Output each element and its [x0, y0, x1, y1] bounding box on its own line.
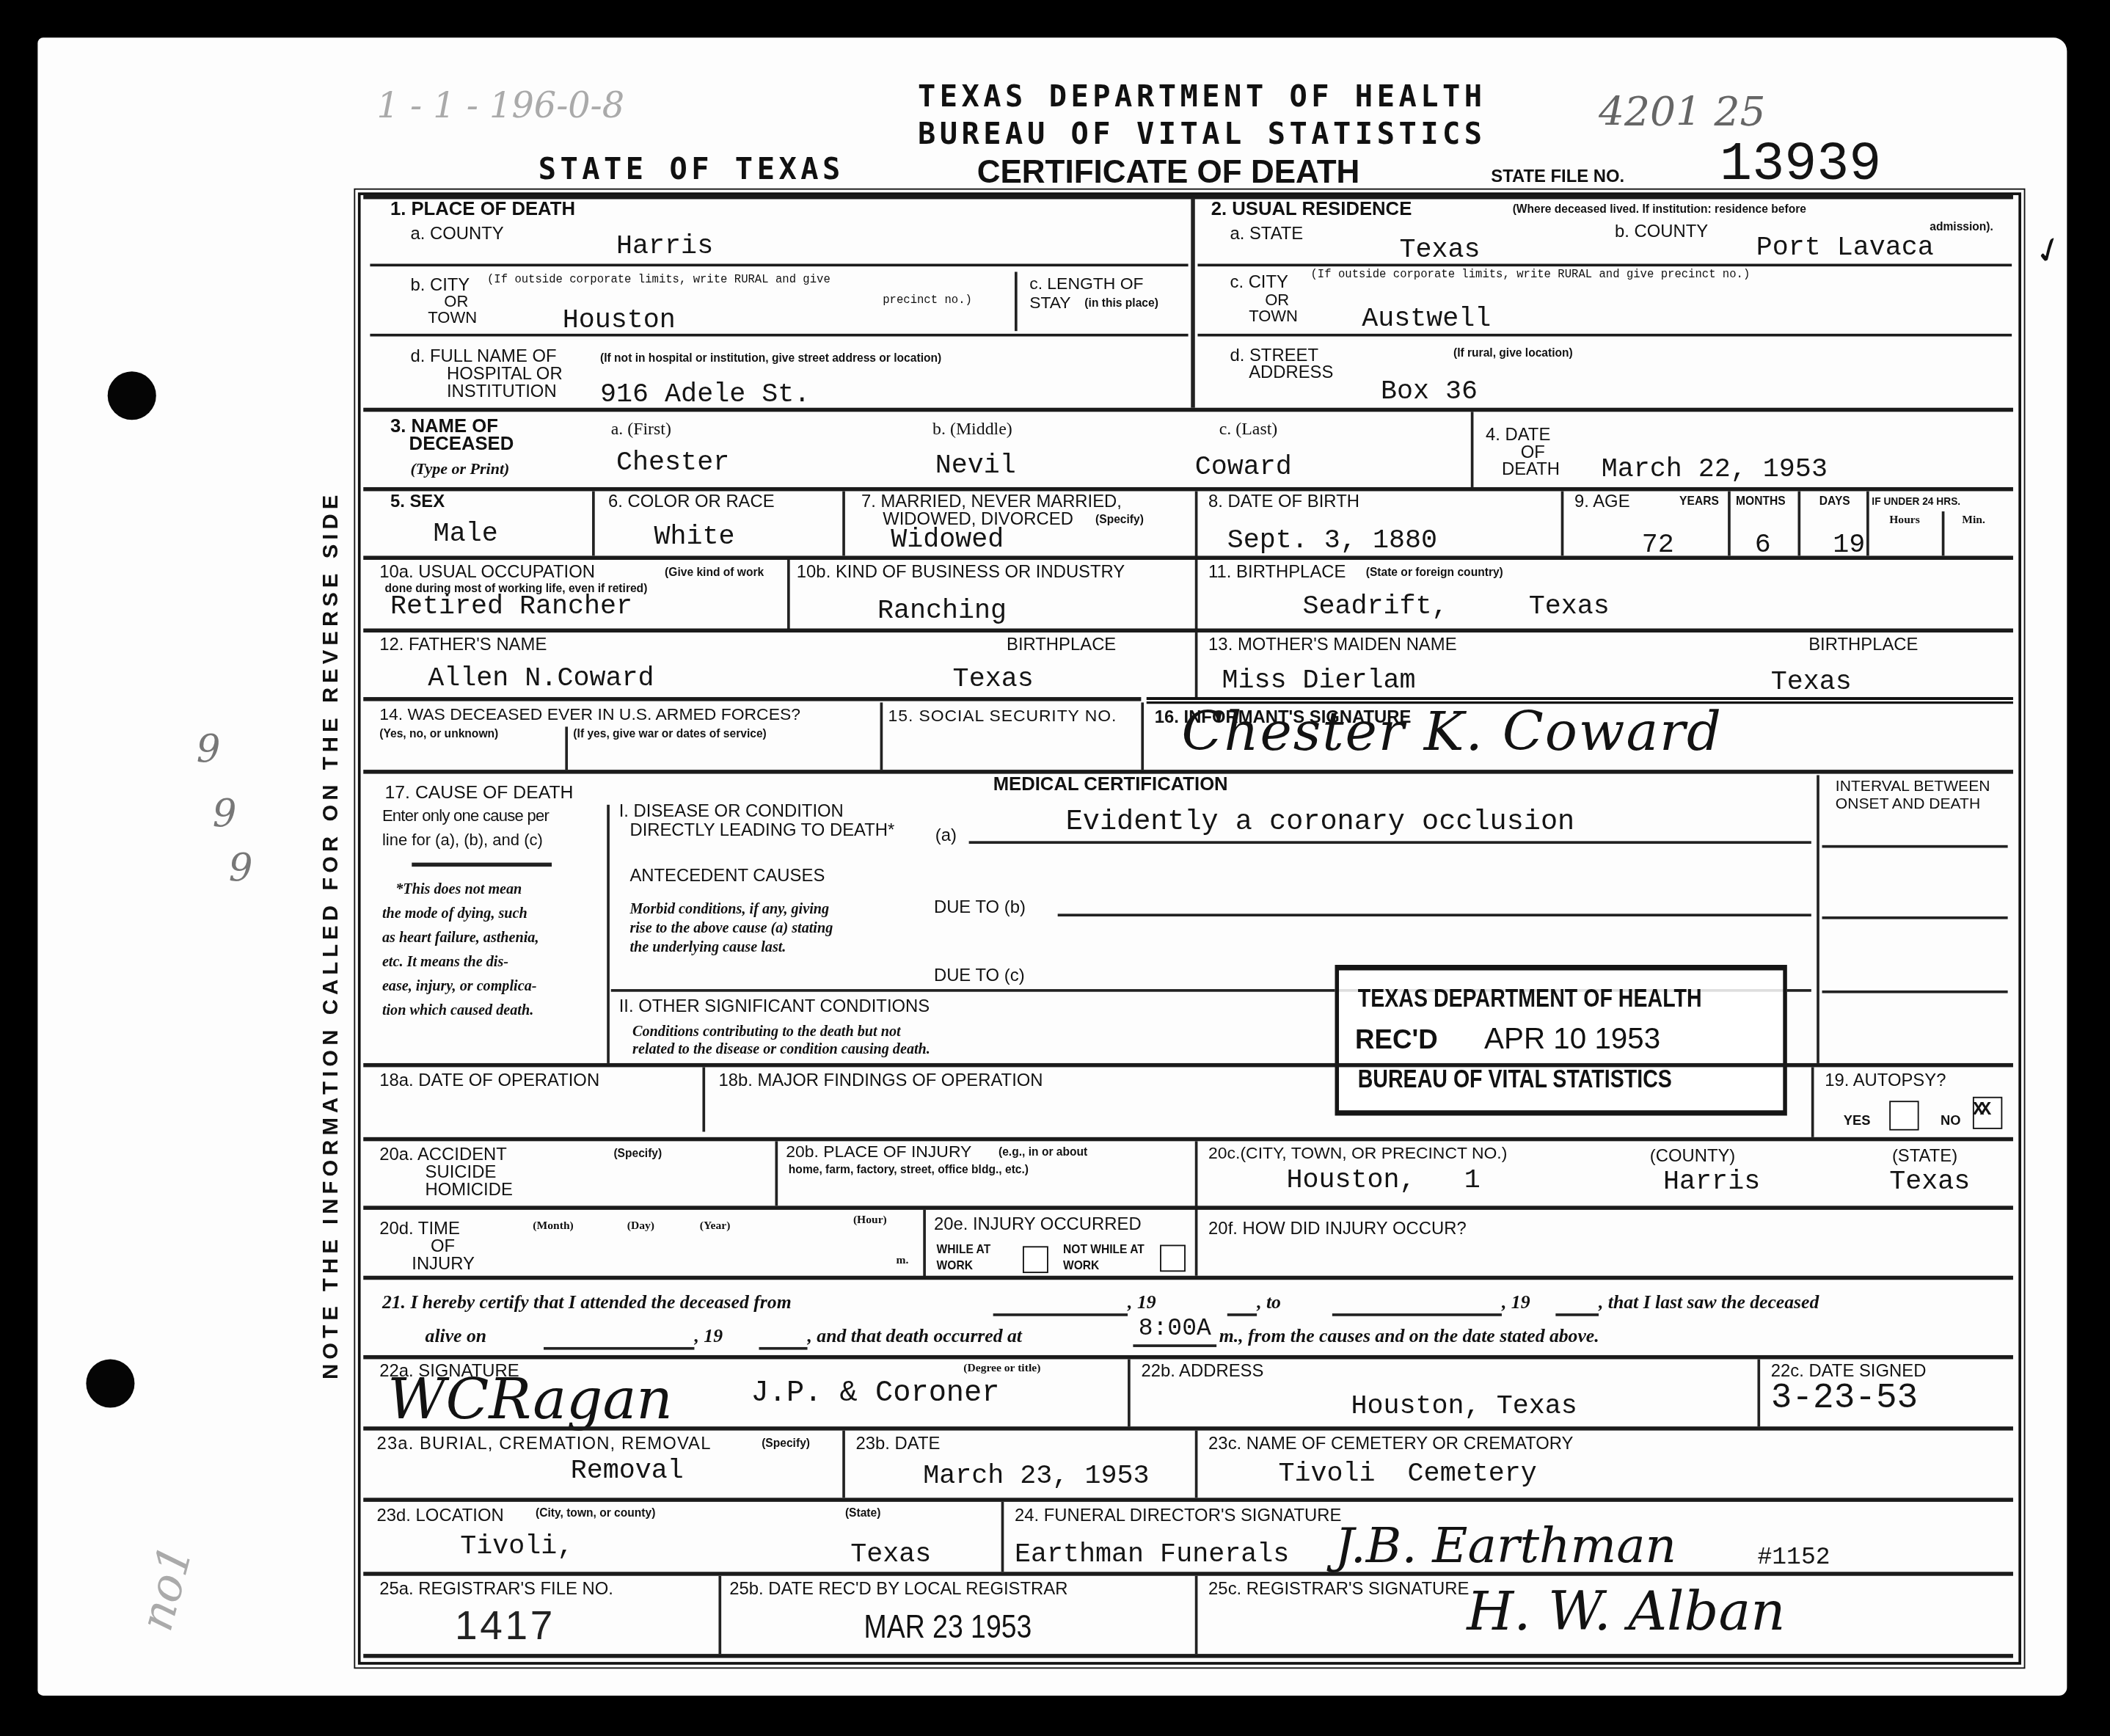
years-label: YEARS: [1679, 495, 1719, 508]
time-of-injury-label: 20d. TIME: [379, 1219, 460, 1237]
street-label: d. STREET: [1230, 346, 1318, 363]
time-of-injury-label-3: INJURY: [412, 1254, 475, 1272]
type-or-print-label: (Type or Print): [410, 460, 509, 478]
month-label: (Month): [533, 1219, 573, 1232]
injury-state-value: Texas: [1889, 1170, 1970, 1197]
due-to-b-label: DUE TO (b): [934, 897, 1026, 915]
burial-date-label: 23b. DATE: [856, 1434, 941, 1452]
footnote-3: as heart failure, asthenia,: [382, 930, 539, 946]
county-label: a. COUNTY: [410, 225, 503, 242]
date-of-death-label-2: OF: [1521, 442, 1545, 460]
registrar-signature: H. W. Alban: [1467, 1583, 1785, 1642]
cause-instructions-2: line for (a), (b), and (c): [382, 831, 543, 849]
registrar-date-value: MAR 23 1953: [864, 1612, 1032, 1644]
city-label: b. CITY: [410, 276, 470, 293]
first-name-value: Chester: [616, 451, 729, 478]
hospital-label-2: HOSPITAL OR: [447, 365, 563, 382]
bureau-name: BUREAU OF VITAL STATISTICS: [918, 118, 1486, 152]
autopsy-label: 19. AUTOPSY?: [1825, 1071, 1946, 1089]
death-county-value: Harris: [616, 234, 713, 261]
reverse-side-note: NOTE THE INFORMATION CALLED FOR ON THE R…: [323, 491, 340, 1379]
disease-label: I. DISEASE OR CONDITION: [619, 802, 844, 820]
marital-specify-label: (Specify): [1095, 514, 1144, 527]
residence-state-label: a. STATE: [1230, 225, 1303, 242]
place-of-injury-note-2: home, farm, factory, street, office bldg…: [789, 1164, 1029, 1176]
footnote-1: *This does not mean: [395, 881, 522, 897]
industry-label: 10b. KIND OF BUSINESS OR INDUSTRY: [797, 563, 1125, 580]
meridiem-label: m.: [897, 1254, 909, 1266]
industry-value: Ranching: [877, 599, 1007, 626]
registrar-file-label: 25a. REGISTRAR'S FILE NO.: [379, 1580, 613, 1597]
line-a-label: (a): [935, 826, 957, 844]
mother-name-label: 13. MOTHER'S MAIDEN NAME: [1208, 635, 1456, 653]
day-label: (Day): [627, 1219, 654, 1232]
stamp-received-label: REC'D: [1355, 1026, 1438, 1054]
physician-title-value: J.P. & Coroner: [751, 1381, 999, 1408]
occupation-label: 10a. USUAL OCCUPATION: [379, 563, 595, 580]
date-of-death-label-3: DEATH: [1502, 460, 1560, 478]
other-conditions-note-1: Conditions contributing to the death but…: [632, 1026, 901, 1039]
middle-name-value: Nevil: [935, 453, 1016, 481]
occupation-value: Retired Rancher: [390, 595, 632, 622]
armed-forces-note-1: (Yes, no, or unknown): [379, 728, 498, 740]
hospital-value: 916 Adele St.: [600, 382, 810, 409]
interval-label-2: ONSET AND DEATH: [1836, 797, 1980, 814]
hospital-label-3: INSTITUTION: [447, 382, 557, 400]
date-signed-label: 22c. DATE SIGNED: [1771, 1362, 1927, 1379]
autopsy-yes-label: YES: [1844, 1115, 1871, 1128]
city-town: TOWN: [428, 311, 477, 324]
antecedent-causes-label: ANTECEDENT CAUSES: [629, 867, 825, 884]
stamp-line-3: BUREAU OF VITAL STATISTICS: [1358, 1067, 1672, 1094]
how-injury-occurred-label: 20f. HOW DID INJURY OCCUR?: [1208, 1219, 1467, 1237]
mother-birthplace-value: Texas: [1771, 670, 1852, 697]
stay-note: (in this place): [1084, 297, 1158, 310]
residence-state-value: Texas: [1400, 238, 1481, 266]
father-birthplace-value: Texas: [953, 668, 1034, 695]
due-to-c-label: DUE TO (c): [934, 966, 1025, 984]
injury-county-value: Harris: [1663, 1170, 1760, 1197]
burial-method-value: Removal: [571, 1459, 684, 1486]
margin-number-3: 9: [229, 845, 253, 890]
sex-label: 5. SEX: [390, 492, 445, 510]
residence-city-value: Austwell: [1362, 307, 1491, 334]
hour-label: (Hour): [853, 1214, 887, 1226]
burial-location-label: 23d. LOCATION: [377, 1506, 504, 1523]
funeral-director-signature: J.B. Earthman: [1335, 1521, 1677, 1575]
hospital-label: d. FULL NAME OF: [410, 347, 556, 365]
mother-name-value: Miss Dierlam: [1222, 669, 1415, 696]
not-while-at-work-checkbox[interactable]: [1160, 1245, 1186, 1272]
certify-text-1c: , to: [1257, 1294, 1281, 1312]
death-city-value: Houston: [563, 308, 676, 335]
morbid-note-2: rise to the above cause (a) stating: [629, 922, 833, 935]
footnote-4: etc. It means the dis-: [382, 954, 508, 970]
race-value: White: [654, 525, 734, 552]
certify-text-2: alive on: [426, 1328, 486, 1346]
margin-number-1: 9: [197, 726, 221, 771]
residence-city-label: c. CITY: [1230, 273, 1288, 291]
father-name-label: 12. FATHER'S NAME: [379, 635, 547, 653]
autopsy-no-mark: XX: [1973, 1099, 1987, 1120]
street-label-2: ADDRESS: [1249, 363, 1333, 381]
father-birthplace-label: BIRTHPLACE: [1007, 635, 1116, 653]
burial-method-label: 23a. BURIAL, CREMATION, REMOVAL: [377, 1434, 712, 1452]
mother-birthplace-label: BIRTHPLACE: [1808, 635, 1918, 653]
while-at-work-label: WHILE AT WORK: [937, 1241, 1018, 1273]
homicide-label: HOMICIDE: [426, 1181, 513, 1198]
place-of-injury-note: (e.g., in or about: [999, 1147, 1087, 1159]
certify-text-1e: , that I last saw the deceased: [1599, 1294, 1819, 1312]
received-stamp: TEXAS DEPARTMENT OF HEALTH REC'D APR 10 …: [1335, 965, 1787, 1115]
city-instructions: (If outside corporate limits, write RURA…: [487, 274, 831, 287]
marital-status-value: Widowed: [891, 528, 1004, 555]
residence-note-2: admission).: [1930, 221, 1993, 233]
degree-title-label: (Degree or title): [963, 1362, 1040, 1374]
residence-city-note: (If outside corporate limits, write RURA…: [1311, 269, 1751, 282]
stay-label-2: STAY: [1029, 295, 1070, 313]
other-conditions-label: II. OTHER SIGNIFICANT CONDITIONS: [619, 997, 930, 1015]
disease-label-2: DIRECTLY LEADING TO DEATH*: [629, 821, 894, 839]
date-of-death-value: March 22, 1953: [1602, 458, 1828, 485]
first-name-label: a. (First): [611, 420, 671, 437]
footnote-2: the mode of dying, such: [382, 905, 527, 922]
days-label: DAYS: [1819, 495, 1850, 508]
street-value: Box 36: [1381, 379, 1478, 406]
operation-findings-label: 18b. MAJOR FINDINGS OF OPERATION: [718, 1071, 1043, 1089]
funeral-director-label: 24. FUNERAL DIRECTOR'S SIGNATURE: [1015, 1506, 1341, 1523]
months-label: MONTHS: [1736, 495, 1786, 508]
interval-label-1: INTERVAL BETWEEN: [1836, 779, 1990, 797]
injury-occurred-label: 20e. INJURY OCCURRED: [934, 1215, 1142, 1233]
registrar-file-value: 1417: [455, 1607, 555, 1647]
injury-location-label: 20c.(CITY, TOWN, OR PRECINCT NO.): [1208, 1145, 1507, 1163]
birthplace-value: Seadrift, Texas: [1303, 595, 1610, 622]
burial-state-label: (State): [845, 1507, 881, 1520]
certificate-title: CERTIFICATE OF DEATH: [977, 156, 1360, 192]
while-at-work-checkbox[interactable]: [1023, 1246, 1048, 1273]
age-label: 9. AGE: [1574, 492, 1630, 510]
burial-date-value: March 23, 1953: [923, 1465, 1149, 1492]
father-name-value: Allen N.Coward: [428, 666, 654, 693]
marital-status-label: 7. MARRIED, NEVER MARRIED,: [861, 492, 1122, 510]
stay-label: c. LENGTH OF: [1029, 276, 1143, 293]
place-of-death-label: 1. PLACE OF DEATH: [390, 200, 575, 218]
burial-location-note: (City, town, or county): [536, 1507, 655, 1520]
date-of-birth-label: 8. DATE OF BIRTH: [1208, 492, 1359, 510]
date-of-birth-value: Sept. 3, 1880: [1227, 529, 1437, 556]
certify-text-1d: , 19: [1502, 1294, 1530, 1312]
state-file-label: STATE FILE NO.: [1491, 167, 1624, 184]
middle-name-label: b. (Middle): [932, 420, 1012, 437]
certify-text-2d: m., from the causes and on the date stat…: [1219, 1328, 1599, 1346]
cause-instructions-1: Enter only one cause per: [382, 807, 549, 825]
stamp-received-date: APR 10 1953: [1484, 1024, 1660, 1054]
registrar-date-label: 25b. DATE REC'D BY LOCAL REGISTRAR: [729, 1580, 1067, 1597]
armed-forces-label: 14. WAS DECEASED EVER IN U.S. ARMED FORC…: [379, 707, 800, 724]
under-24-hours-label: IF UNDER 24 HRS.: [1872, 495, 1960, 508]
year-label: (Year): [700, 1219, 731, 1232]
certify-text-2c: , and that death occurred at: [808, 1328, 1022, 1346]
sex-value: Male: [434, 522, 498, 550]
city-or: OR: [444, 295, 468, 308]
morbid-note-3: the underlying cause last.: [629, 941, 786, 954]
accident-label: 20a. ACCIDENT: [379, 1145, 507, 1163]
morbid-note-1: Morbid conditions, if any, giving: [629, 903, 829, 916]
last-name-value: Coward: [1195, 455, 1292, 482]
certify-text-1: 21. I hereby certify that I attended the…: [382, 1294, 792, 1312]
hospital-instructions: (If not in hospital or institution, give…: [600, 353, 941, 365]
registrar-signature-label: 25c. REGISTRAR'S SIGNATURE: [1208, 1580, 1469, 1597]
time-of-injury-label-2: OF: [431, 1237, 455, 1255]
residence-county-label: b. COUNTY: [1615, 222, 1708, 240]
footnote-6: tion which caused death.: [382, 1002, 533, 1018]
binder-hole-bottom: [86, 1359, 134, 1407]
injury-state-label: (STATE): [1892, 1147, 1957, 1164]
occupation-note: (Give kind of work: [665, 566, 764, 579]
burial-specify-label: (Specify): [762, 1437, 810, 1450]
race-label: 6. COLOR OR RACE: [608, 492, 775, 510]
autopsy-no-checkbox[interactable]: XX: [1973, 1097, 2002, 1129]
burial-state-value: Texas: [850, 1542, 931, 1569]
medical-certification-heading: MEDICAL CERTIFICATION: [993, 775, 1228, 792]
residence-county-value: Port Lavaca: [1756, 236, 1934, 263]
handwritten-note-top-left: 1 - 1 - 196-0-8: [377, 86, 624, 126]
informant-signature: Chester K. Coward: [1181, 702, 1722, 762]
date-signed-value: 3-23-53: [1771, 1381, 1918, 1416]
department-name: TEXAS DEPARTMENT OF HEALTH: [918, 81, 1486, 114]
handwritten-note-top-right: 4201 25: [1599, 89, 1766, 136]
funeral-license-number: #1152: [1757, 1545, 1830, 1572]
cause-a-value: Evidently a coronary occlusion: [1066, 810, 1574, 837]
other-conditions-note-2: related to the disease or condition caus…: [632, 1043, 930, 1056]
physician-signature: WCRagan: [387, 1370, 673, 1429]
state-file-number: 13939: [1720, 140, 1881, 194]
suicide-label: SUICIDE: [426, 1163, 497, 1181]
hours-label: Hours: [1889, 514, 1920, 527]
injury-city-value: Houston, 1: [1286, 1168, 1480, 1195]
cemetery-value: Tivoli Cemetery: [1278, 1462, 1536, 1489]
operation-date-label: 18a. DATE OF OPERATION: [379, 1071, 599, 1089]
birthplace-note: (State or foreign country): [1366, 566, 1503, 579]
burial-location-value: Tivoli,: [460, 1534, 573, 1561]
footnote-5: ease, injury, or complica-: [382, 978, 537, 994]
time-of-death-value: 8:00A: [1139, 1316, 1211, 1343]
autopsy-no-label: NO: [1941, 1115, 1961, 1128]
minutes-label: Min.: [1962, 514, 1985, 527]
funeral-home-value: Earthman Funerals: [1015, 1542, 1289, 1569]
last-name-label: c. (Last): [1219, 420, 1277, 437]
certify-text-1b: , 19: [1128, 1294, 1156, 1312]
street-note: (If rural, give location): [1453, 347, 1573, 360]
certify-text-2b: , 19: [694, 1328, 723, 1346]
not-while-at-work-label: NOT WHILE AT WORK: [1063, 1241, 1157, 1273]
date-of-death-label: 4. DATE: [1486, 426, 1550, 443]
injury-county-label: (COUNTY): [1650, 1147, 1736, 1164]
place-of-injury-label: 20b. PLACE OF INJURY: [786, 1144, 971, 1161]
injury-type-specify: (Specify): [613, 1148, 662, 1160]
autopsy-yes-checkbox[interactable]: [1889, 1101, 1919, 1130]
residence-city-town: TOWN: [1249, 308, 1298, 326]
cemetery-label: 23c. NAME OF CEMETERY OR CREMATORY: [1208, 1434, 1573, 1452]
binder-hole-top: [108, 371, 156, 420]
stamp-line-1: TEXAS DEPARTMENT OF HEALTH: [1358, 986, 1702, 1013]
usual-residence-label: 2. USUAL RESIDENCE: [1211, 200, 1412, 218]
physician-address-label: 22b. ADDRESS: [1141, 1362, 1263, 1379]
physician-address-value: Houston, Texas: [1351, 1394, 1577, 1421]
state-title: STATE OF TEXAS: [539, 153, 844, 187]
residence-note: (Where deceased lived. If institution: r…: [1513, 203, 1806, 216]
name-of-deceased-label-2: DECEASED: [409, 434, 514, 452]
ssn-label: 15. SOCIAL SECURITY NO.: [888, 708, 1117, 726]
armed-forces-note-2: (If yes, give war or dates of service): [573, 728, 766, 740]
cause-of-death-label: 17. CAUSE OF DEATH: [385, 783, 574, 800]
margin-number-2: 9: [213, 791, 237, 836]
birthplace-label: 11. BIRTHPLACE: [1208, 563, 1346, 580]
city-instructions-2: precinct no.): [883, 295, 972, 307]
